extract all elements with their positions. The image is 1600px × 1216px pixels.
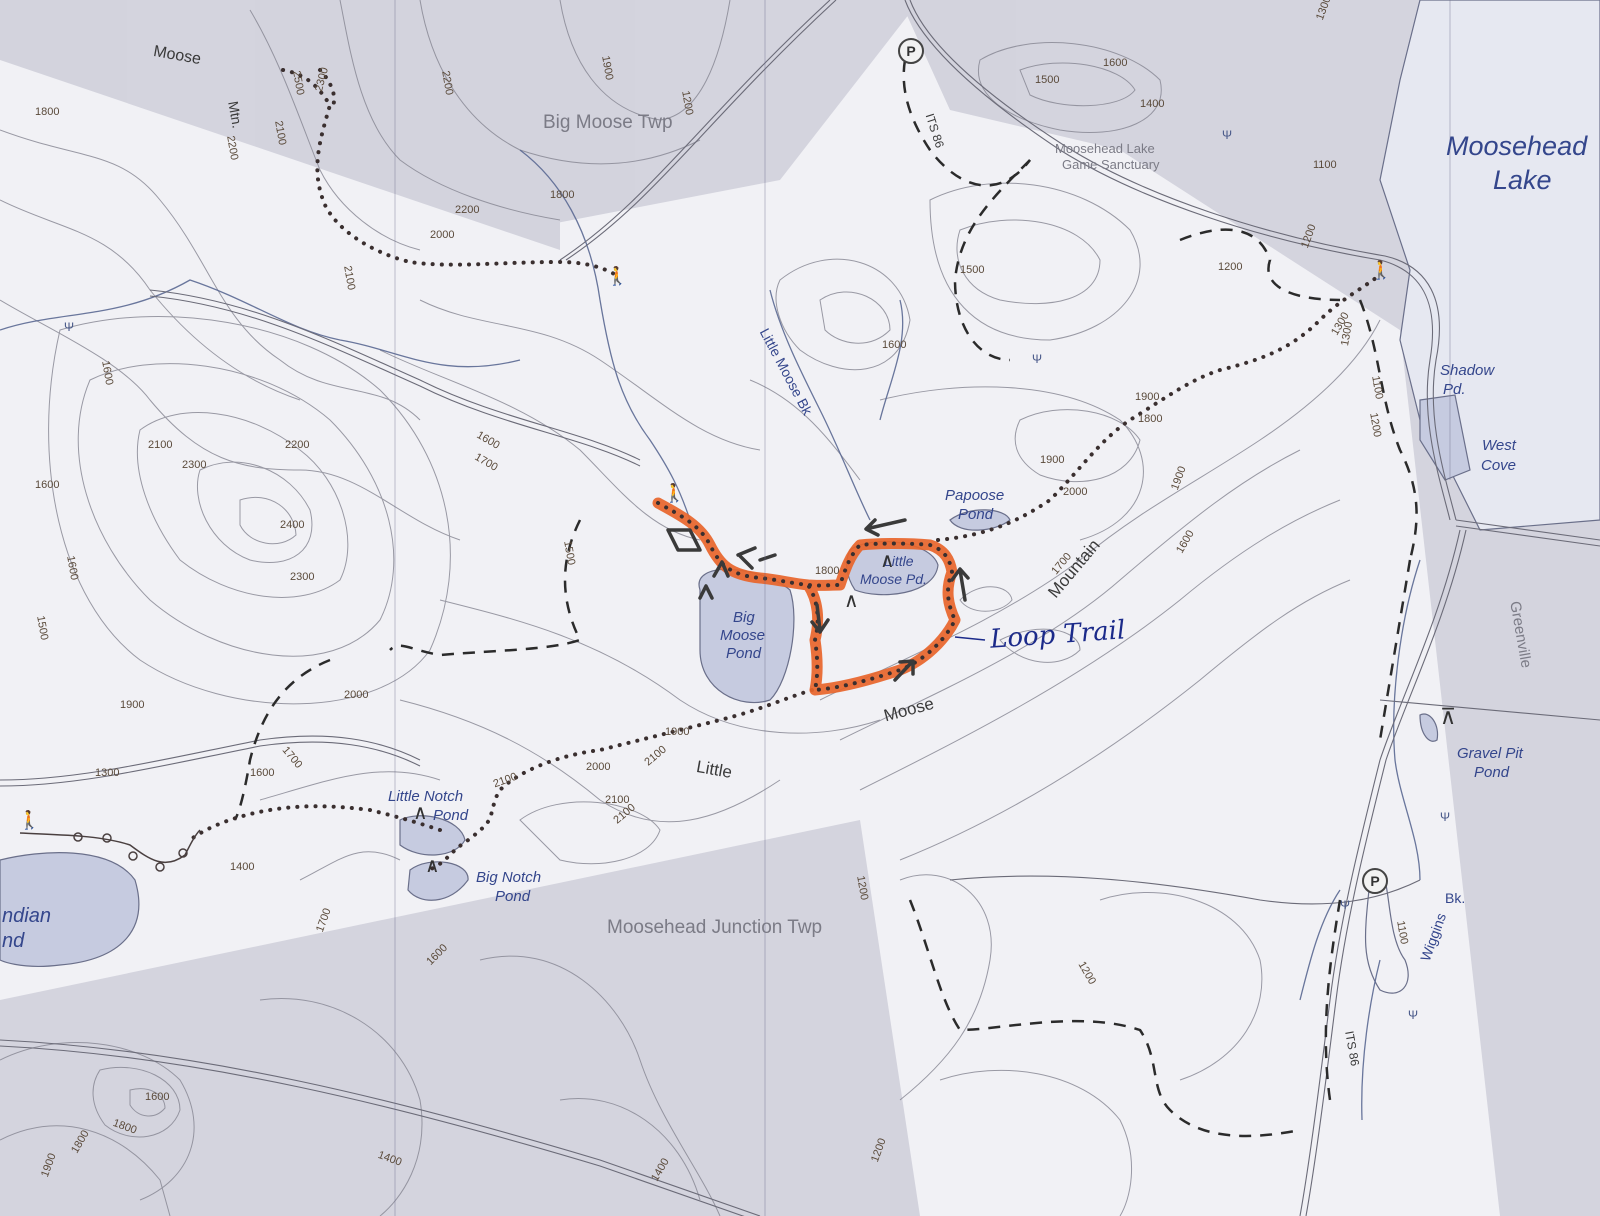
elevation-label: 2200 [455,205,479,217]
label-lake: Lake [1493,166,1552,194]
elevation-label: 1900 [120,700,144,712]
township-label-moosehead-junction: Moosehead Junction Twp [607,918,822,938]
label-big-notch: Big Notch [476,870,541,886]
elevation-label: 1100 [1313,160,1337,172]
marsh-icon: Ψ [1340,898,1350,912]
elevation-label: 1600 [882,340,906,352]
elevation-label: 2200 [285,440,309,452]
label-indian-pond: nd [2,931,24,952]
picnic-table-icon: ⊼ [1440,704,1456,730]
label-papoose-pond: Pond [958,507,993,523]
label-big-notch-pond: Pond [495,889,530,905]
label-big-moose: Moose [720,628,765,644]
label-gravel-pit-pond: Pond [1474,765,1509,781]
elevation-label: 1300 [95,768,119,780]
label-cove: Cove [1481,458,1516,474]
label-indian: ndian [2,906,51,927]
parking-icon: P [898,38,924,64]
elevation-label: 2300 [290,572,314,584]
label-shadow-pd: Pd. [1443,382,1466,398]
label-big: Big [733,610,755,626]
elevation-label: 1800 [35,107,59,119]
elevation-label: 1400 [1140,99,1164,111]
hiker-icon: 🚶 [606,266,628,287]
annotation-pointer-line [955,637,985,640]
sanctuary-label-line2: Game Sanctuary [1062,158,1160,172]
elevation-label: 1600 [35,480,59,492]
elevation-label: 2000 [586,762,610,774]
elevation-label: 1500 [960,265,984,277]
campsite-icon: ∧ [425,853,440,878]
map-base-layer [0,0,1600,1216]
label-little-moose-pd: Moose Pd. [860,572,927,587]
elevation-label: 2100 [148,440,172,452]
hiker-icon: 🚶 [1370,260,1392,281]
hiker-icon: 🚶 [18,810,40,831]
hiker-icon: 🚶 [663,483,685,504]
marsh-icon: Ψ [1408,1008,1418,1022]
township-label-big-moose: Big Moose Twp [543,113,673,133]
elevation-label: 1800 [550,190,574,202]
township-shading [0,0,1600,1216]
label-little-notch-pond: Pond [433,808,468,824]
parking-icon: P [1362,868,1388,894]
elevation-label: 1900 [665,727,689,739]
topographic-map[interactable]: Big Moose Twp Moosehead Junction Twp Moo… [0,0,1600,1216]
label-west: West [1482,438,1516,454]
sanctuary-label-line1: Moosehead Lake [1055,142,1155,156]
marsh-icon: Ψ [64,320,74,334]
label-papoose: Papoose [945,488,1004,504]
label-shadow: Shadow [1440,363,1494,379]
elevation-label: 1500 [1035,75,1059,87]
elevation-label: 2400 [280,520,304,532]
elevation-label: 1900 [1040,455,1064,467]
elevation-label: 1200 [1218,262,1242,274]
elevation-label: 1800 [815,566,839,578]
elevation-label: 2000 [344,690,368,702]
label-moose-mtn-mtn: Mtn. [226,100,245,129]
elevation-label: 1800 [1138,414,1162,426]
campsite-icon: ∧ [844,588,859,613]
elevation-label: 1600 [145,1092,169,1104]
elevation-label: 2000 [430,230,454,242]
marsh-icon: Ψ [1440,810,1450,824]
campsite-icon: ∧ [413,800,428,825]
marsh-icon: Ψ [1222,128,1232,142]
elevation-label: 1600 [1103,58,1127,70]
elevation-label: 2000 [1063,487,1087,499]
elevation-label: 1900 [1135,392,1159,404]
label-big-moose-pond: Pond [726,646,761,662]
label-bk: Bk. [1445,891,1465,906]
elevation-label: 1400 [230,862,254,874]
elevation-label: 2300 [182,460,206,472]
label-moosehead: Moosehead [1446,132,1587,160]
elevation-label: 1600 [250,768,274,780]
marsh-icon: Ψ [1032,352,1042,366]
label-gravel-pit: Gravel Pit [1457,746,1523,762]
campsite-icon: ∧ [880,548,895,573]
